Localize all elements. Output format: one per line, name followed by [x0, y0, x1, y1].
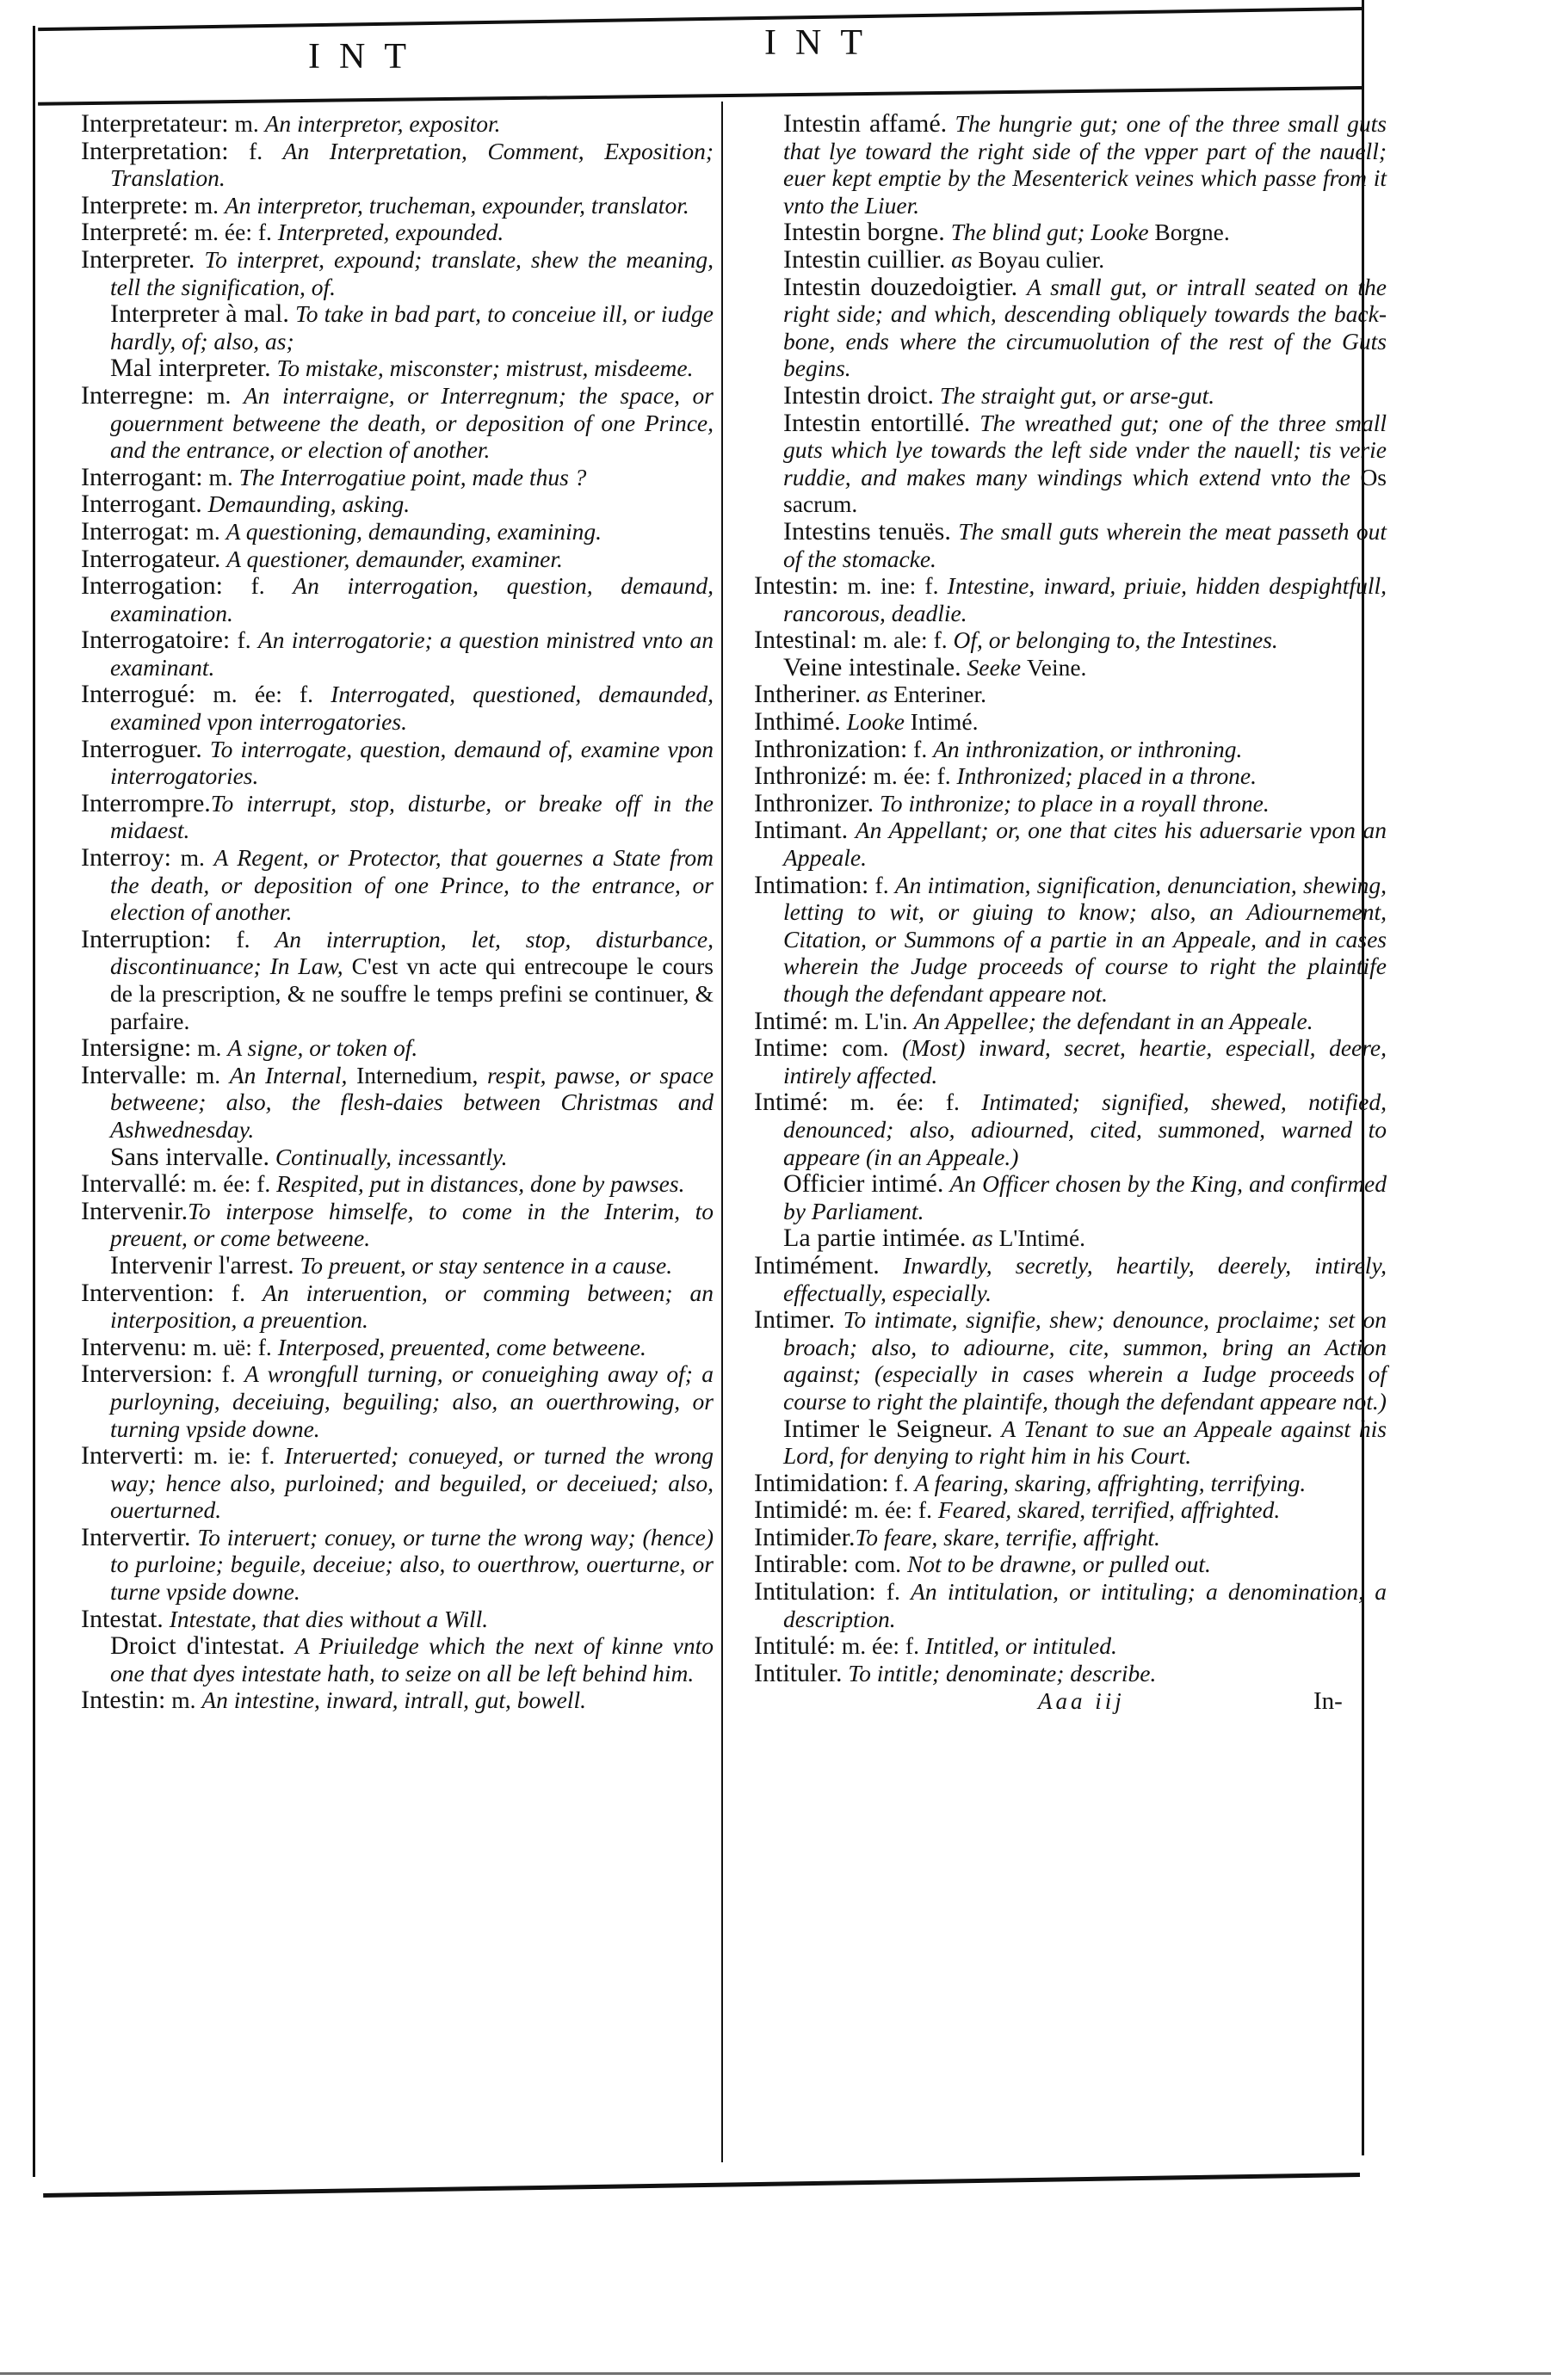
- headword: Intestin droict.: [783, 381, 934, 410]
- definition: To feare, skare, terrifie, affright.: [855, 1524, 1159, 1551]
- grammar-label: f.: [229, 138, 283, 164]
- headword: Interruption:: [81, 925, 212, 953]
- grammar-label: m. ée: f.: [188, 219, 278, 245]
- headword: Intimant.: [754, 816, 848, 844]
- dictionary-entry: Interpreter. To interpret, expound; tran…: [81, 246, 714, 300]
- definition: An interpretor, trucheman, expounder, tr…: [225, 192, 689, 219]
- definition: Interposed, preuented, come betweene.: [278, 1334, 646, 1360]
- headword: Interpreter.: [81, 245, 195, 274]
- headword: Interrogant.: [81, 490, 202, 518]
- definition: A fearing, skaring, affrighting, terrify…: [914, 1470, 1306, 1496]
- headword: Intervention:: [81, 1279, 214, 1307]
- headword: Intestin:: [81, 1686, 165, 1714]
- headword: Intimer le Seigneur.: [783, 1415, 992, 1443]
- definition: An intestine, inward, intrall, gut, bowe…: [201, 1686, 586, 1713]
- headword: Intervenu:: [81, 1333, 187, 1361]
- grammar-label: [970, 410, 979, 436]
- headword: Intestin cuillier.: [783, 245, 945, 274]
- definition: as: [867, 681, 893, 707]
- grammar-label: [1017, 274, 1027, 300]
- definition: Of, or belonging to, the Intestines.: [953, 626, 1277, 653]
- dictionary-entry: Interruption: f. An interruption, let, s…: [81, 926, 714, 1034]
- grammar-label: f.: [223, 572, 293, 599]
- grammar-label: f.: [876, 1578, 911, 1605]
- grammar-label: m.: [165, 1686, 201, 1713]
- dictionary-entry: Interroy: m. A Regent, or Protector, tha…: [81, 844, 714, 926]
- grammar-label: m. ée: f.: [187, 1170, 276, 1197]
- grammar-label: m.: [190, 518, 226, 545]
- headword: Intituler.: [754, 1659, 842, 1687]
- definition: Feared, skared, terrified, affrighted.: [938, 1496, 1280, 1523]
- dictionary-entry: Intitulé: m. ée: f. Intitled, or intitul…: [754, 1632, 1387, 1660]
- headword: Interrogué:: [81, 680, 195, 708]
- definition: The Interrogatiue point, made thus ?: [239, 464, 587, 490]
- headword: Intimider.: [754, 1523, 855, 1551]
- definition: Inthronized; placed in a throne.: [956, 762, 1257, 789]
- headword: Interrogat:: [81, 517, 190, 546]
- grammar-label: m. ie: f.: [184, 1442, 284, 1469]
- page-frame-left: [33, 26, 35, 2177]
- definition: An Appellee; the defendant in an Appeale…: [914, 1008, 1313, 1034]
- definition: To interpose himselfe, to come in the In…: [110, 1198, 714, 1252]
- dictionary-entry: Intestin affamé. The hungrie gut; one of…: [754, 110, 1387, 219]
- dictionary-entry: Inthronizé: m. ée: f. Inthronized; place…: [754, 762, 1387, 790]
- grammar-label: m.: [187, 1062, 230, 1088]
- grammar-label: m. uë: f.: [187, 1334, 277, 1360]
- grammar-label: m.: [188, 192, 225, 219]
- catchword: In-: [1313, 1688, 1343, 1716]
- dictionary-entry: Interpretateur: m. An interpretor, expos…: [81, 110, 714, 138]
- headword: Sans intervalle.: [110, 1143, 269, 1171]
- dictionary-entry: Intestinal: m. ale: f. Of, or belonging …: [754, 626, 1387, 654]
- headword: Inthronizé:: [754, 761, 868, 790]
- dictionary-entry: Intestin: m. An intestine, inward, intra…: [81, 1686, 714, 1714]
- dictionary-entry: Droict d'intestat. A Priuiledge which th…: [81, 1632, 714, 1686]
- headword: Interpretation:: [81, 137, 229, 165]
- definition: as: [972, 1224, 998, 1251]
- definition: Looke: [847, 708, 911, 735]
- headword: Intestin affamé.: [783, 109, 947, 138]
- dictionary-entry: Inthronization: f. An inthronization, or…: [754, 736, 1387, 763]
- headword: Intestinal:: [754, 626, 857, 654]
- headword: Intestin borgne.: [783, 218, 945, 246]
- headword: Inthronization:: [754, 735, 907, 763]
- headword: Intimidation:: [754, 1469, 889, 1497]
- definition: A questioner, demaunder, examiner.: [226, 546, 563, 572]
- grammar-label: [992, 1415, 1001, 1442]
- grammar-label: f.: [230, 626, 258, 653]
- headword: Intervalle:: [81, 1061, 187, 1089]
- headword: Intervertir.: [81, 1523, 190, 1551]
- dictionary-entry: Intestin droict. The straight gut, or ar…: [754, 382, 1387, 410]
- top-rule: [38, 7, 1362, 31]
- dictionary-entry: Mal interpreter. To mistake, misconster;…: [81, 355, 714, 382]
- grammar-label: m. ée: f.: [836, 1632, 925, 1659]
- headword: Intheriner.: [754, 680, 861, 708]
- grammar-label: f.: [868, 872, 894, 898]
- grammar-label: com.: [849, 1551, 907, 1577]
- grammar-label: f.: [889, 1470, 915, 1496]
- definition: To inthronize; to place in a royall thro…: [880, 790, 1270, 817]
- dictionary-entry: Interrogateur. A questioner, demaunder, …: [81, 546, 714, 573]
- dictionary-entry: La partie intimée. as L'Intimé.: [754, 1224, 1387, 1252]
- grammar-label: [195, 246, 204, 273]
- headword: Interrompre.: [81, 789, 211, 817]
- dictionary-entry: Interverti: m. ie: f. Interuerted; conue…: [81, 1442, 714, 1524]
- bottom-rule: [43, 2173, 1360, 2198]
- headword: Inthimé.: [754, 707, 841, 736]
- dictionary-entry: Interpreter à mal. To take in bad part, …: [81, 300, 714, 355]
- headword: Mal interpreter.: [110, 354, 271, 382]
- definition: An Appellant; or, one that cites his adu…: [783, 817, 1387, 871]
- headword: Interregne:: [81, 381, 195, 410]
- dictionary-page: INT INT Interpretateur: m. An interpreto…: [33, 0, 1365, 2186]
- definition: An Internal,: [230, 1062, 356, 1088]
- headword: Intitulation:: [754, 1577, 876, 1606]
- definition: The straight gut, or arse-gut.: [940, 382, 1214, 409]
- dictionary-entry: Interrogation: f. An interrogation, ques…: [81, 572, 714, 626]
- dictionary-entry: Intituler. To intitle; denominate; descr…: [754, 1660, 1387, 1687]
- headword: Intervenir.: [81, 1197, 188, 1225]
- running-head-left: INT: [308, 36, 425, 77]
- headword: Interpreté:: [81, 218, 188, 246]
- grammar-label: [947, 110, 955, 137]
- dictionary-entry: Intervenir.To interpose himselfe, to com…: [81, 1198, 714, 1252]
- headword: Interversion:: [81, 1360, 213, 1388]
- headword: Intimer.: [754, 1305, 835, 1334]
- definition: An inthronization, or inthroning.: [933, 736, 1242, 762]
- dictionary-entry: Intestin douzedoigtier. A small gut, or …: [754, 274, 1387, 382]
- dictionary-entry: Interrompre.To interrupt, stop, disturbe…: [81, 790, 714, 844]
- grammar-label: [835, 1306, 843, 1333]
- dictionary-entry: Intime: com. (Most) inward, secret, hear…: [754, 1034, 1387, 1088]
- dictionary-entry: Interrogat: m. A questioning, demaunding…: [81, 518, 714, 546]
- headword: Interrogateur.: [81, 545, 220, 573]
- headword: Intimidé:: [754, 1495, 849, 1524]
- grammar-label: m. ée: f.: [849, 1496, 938, 1523]
- dictionary-entry: Interversion: f. A wrongfull turning, or…: [81, 1360, 714, 1442]
- cross-reference: Veine.: [1027, 654, 1087, 681]
- headword: Interpretateur:: [81, 109, 229, 138]
- definition: To intitle; denominate; describe.: [848, 1660, 1156, 1686]
- grammar-label: [294, 1252, 300, 1279]
- headword: Interverti:: [81, 1441, 184, 1470]
- grammar-label: m.: [203, 464, 239, 490]
- grammar-label: [202, 736, 210, 762]
- grammar-label: m.: [229, 110, 265, 137]
- headword: Intirable:: [754, 1550, 849, 1578]
- grammar-label: f.: [213, 1360, 244, 1387]
- dictionary-entry: Intestin cuillier. as Boyau culier.: [754, 246, 1387, 274]
- dictionary-entry: Interroguer. To interrogate, question, d…: [81, 736, 714, 790]
- headword: Interprete:: [81, 191, 188, 219]
- signature-mark: Aaa iij: [1038, 1688, 1125, 1716]
- running-head-right: INT: [764, 22, 881, 64]
- grammar-label: m. ée: f.: [195, 681, 331, 707]
- dictionary-entry: Intervention: f. An interuention, or com…: [81, 1279, 714, 1334]
- headword: Interrogatoire:: [81, 626, 230, 654]
- grammar-label: [934, 382, 940, 409]
- dictionary-entry: Intimer. To intimate, signifie, shew; de…: [754, 1306, 1387, 1415]
- dictionary-entry: Interrogué: m. ée: f. Interrogated, ques…: [81, 681, 714, 735]
- definition: Continually, incessantly.: [275, 1144, 508, 1170]
- dictionary-entry: Inthronizer. To inthronize; to place in …: [754, 790, 1387, 817]
- definition: Demaunding, asking.: [208, 490, 411, 517]
- grammar-label: [289, 300, 295, 327]
- page-footer: Aaa iijIn-: [754, 1688, 1387, 1719]
- dictionary-entry: Intestin borgne. The blind gut; Looke Bo…: [754, 219, 1387, 246]
- headword: Intime:: [754, 1033, 829, 1062]
- headword: Veine intestinale.: [783, 653, 961, 681]
- dictionary-entry: Interregne: m. An interraigne, or Interr…: [81, 382, 714, 464]
- grammar-label: m.: [191, 1034, 227, 1061]
- dictionary-entry: Intimant. An Appellant; or, one that cit…: [754, 817, 1387, 871]
- grammar-label: m. ale: f.: [857, 626, 954, 653]
- dictionary-entry: Interrogatoire: f. An interrogatorie; a …: [81, 626, 714, 681]
- dictionary-entry: Intimé: m. L'in. An Appellee; the defend…: [754, 1008, 1387, 1035]
- cross-reference: L'Intimé.: [999, 1224, 1085, 1251]
- definition: A questioning, demaunding, examining.: [226, 518, 602, 545]
- headword: Intestin:: [754, 571, 838, 600]
- dictionary-entry: Intervallé: m. ée: f. Respited, put in d…: [81, 1170, 714, 1198]
- grammar-label: m.: [195, 382, 244, 409]
- dictionary-entry: Intervenu: m. uë: f. Interposed, preuent…: [81, 1334, 714, 1361]
- grammar-label: m.: [171, 844, 214, 871]
- dictionary-entry: Intervenir l'arrest. To preuent, or stay…: [81, 1252, 714, 1279]
- grammar-label: m. ée: f.: [829, 1088, 982, 1115]
- dictionary-entry: Intervalle: m. An Internal, Internedium,…: [81, 1062, 714, 1144]
- left-column: Interpretateur: m. An interpretor, expos…: [81, 110, 714, 1714]
- headword: Inthronizer.: [754, 789, 874, 817]
- dictionary-entry: Inthimé. Looke Intimé.: [754, 708, 1387, 736]
- headword: Intimément.: [754, 1251, 880, 1279]
- grammar-label: [951, 518, 958, 545]
- dictionary-entry: Intheriner. as Enteriner.: [754, 681, 1387, 708]
- grammar-label: [285, 1632, 295, 1659]
- dictionary-entry: Intimation: f. An intimation, significat…: [754, 872, 1387, 1008]
- definition: as: [951, 246, 978, 273]
- headword: Droict d'intestat.: [110, 1631, 285, 1660]
- headword: Officier intimé.: [783, 1169, 943, 1198]
- cross-reference: Internedium,: [356, 1062, 487, 1088]
- dictionary-entry: Intimidation: f. A fearing, skaring, aff…: [754, 1470, 1387, 1497]
- right-column: Intestin affamé. The hungrie gut; one of…: [754, 110, 1387, 1719]
- dictionary-entry: Intimé: m. ée: f. Intimated; signified, …: [754, 1088, 1387, 1170]
- grammar-label: f.: [214, 1279, 263, 1306]
- dictionary-entry: Interprete: m. An interpretor, trucheman…: [81, 192, 714, 219]
- definition: Seeke: [967, 654, 1026, 681]
- definition: A signe, or token of.: [227, 1034, 417, 1061]
- dictionary-entry: Intestin: m. ine: f. Intestine, inward, …: [754, 572, 1387, 626]
- headword: Interrogant:: [81, 463, 203, 491]
- headword: Interrogation:: [81, 571, 223, 600]
- definition: Interpreted, expounded.: [278, 219, 504, 245]
- dictionary-entry: Intestin entortillé. The wreathed gut; o…: [754, 410, 1387, 518]
- definition: Intestate, that dies without a Will.: [170, 1606, 488, 1632]
- dictionary-entry: Intimer le Seigneur. A Tenant to sue an …: [754, 1415, 1387, 1470]
- dictionary-entry: Intersigne: m. A signe, or token of.: [81, 1034, 714, 1062]
- headword: Intimation:: [754, 871, 868, 899]
- grammar-label: [269, 1144, 275, 1170]
- headword: Intimé:: [754, 1007, 829, 1035]
- dictionary-entry: Intirable: com. Not to be drawne, or pul…: [754, 1551, 1387, 1578]
- header-rule: [38, 86, 1362, 106]
- grammar-label: [945, 219, 951, 245]
- cross-reference: Enteriner.: [893, 681, 986, 707]
- dictionary-entry: Intimider.To feare, skare, terrifie, aff…: [754, 1524, 1387, 1551]
- headword: Interpreter à mal.: [110, 299, 289, 328]
- cross-reference: Intimé.: [911, 708, 979, 735]
- grammar-label: [848, 817, 856, 843]
- dictionary-entry: Intimément. Inwardly, secretly, heartily…: [754, 1252, 1387, 1306]
- dictionary-entry: Intitulation: f. An intitulation, or int…: [754, 1578, 1387, 1632]
- headword: Intestat.: [81, 1605, 164, 1633]
- dictionary-entry: Interrogant: m. The Interrogatiue point,…: [81, 464, 714, 491]
- grammar-label: f.: [212, 926, 275, 953]
- grammar-label: [861, 681, 867, 707]
- definition: Intitled, or intituled.: [925, 1632, 1117, 1659]
- definition: Not to be drawne, or pulled out.: [907, 1551, 1211, 1577]
- dictionary-entry: Officier intimé. An Officer chosen by th…: [754, 1170, 1387, 1224]
- dictionary-entry: Intestins tenuës. The small guts wherein…: [754, 518, 1387, 572]
- headword: Intimé:: [754, 1088, 829, 1116]
- headword: Intestin entortillé.: [783, 409, 970, 437]
- column-divider: [721, 102, 723, 2162]
- definition: To preuent, or stay sentence in a cause.: [300, 1252, 673, 1279]
- grammar-label: f.: [907, 736, 933, 762]
- headword: Interroguer.: [81, 735, 202, 763]
- headword: Intestin douzedoigtier.: [783, 273, 1017, 301]
- grammar-label: [202, 490, 208, 517]
- dictionary-entry: Sans intervalle. Continually, incessantl…: [81, 1144, 714, 1171]
- dictionary-entry: Veine intestinale. Seeke Veine.: [754, 654, 1387, 681]
- scan-edge-line: [0, 2372, 1551, 2375]
- headword: Interroy:: [81, 843, 171, 872]
- dictionary-entry: Interpretation: f. An Interpretation, Co…: [81, 138, 714, 192]
- headword: Intervallé:: [81, 1169, 187, 1198]
- definition: An interpretor, expositor.: [265, 110, 501, 137]
- dictionary-entry: Intervertir. To interuert; conuey, or tu…: [81, 1524, 714, 1606]
- headword: La partie intimée.: [783, 1224, 966, 1252]
- grammar-label: m. L'in.: [829, 1008, 914, 1034]
- cross-reference: Boyau culier.: [979, 246, 1105, 273]
- definition: To interuert; conuey, or turne the wrong…: [110, 1524, 714, 1605]
- grammar-label: [841, 708, 847, 735]
- definition: Respited, put in distances, done by paws…: [276, 1170, 684, 1197]
- dictionary-entry: Interrogant. Demaunding, asking.: [81, 490, 714, 518]
- headword: Intersigne:: [81, 1033, 191, 1062]
- definition: The blind gut; Looke: [951, 219, 1155, 245]
- headword: Intestins tenuës.: [783, 517, 951, 546]
- grammar-label: [880, 1252, 903, 1279]
- dictionary-entry: Intimidé: m. ée: f. Feared, skared, terr…: [754, 1496, 1387, 1524]
- cross-reference: Borgne.: [1154, 219, 1229, 245]
- dictionary-entry: Intestat. Intestate, that dies without a…: [81, 1606, 714, 1633]
- grammar-label: m. ine: f.: [838, 572, 947, 599]
- grammar-label: m. ée: f.: [868, 762, 957, 789]
- definition: To intimate, signifie, shew; denounce, p…: [783, 1306, 1387, 1415]
- headword: Intitulé:: [754, 1631, 836, 1660]
- grammar-label: [874, 790, 880, 817]
- grammar-label: [164, 1606, 170, 1632]
- definition: To mistake, misconster; mistrust, misdee…: [276, 355, 693, 381]
- dictionary-entry: Interpreté: m. ée: f. Interpreted, expou…: [81, 219, 714, 246]
- headword: Intervenir l'arrest.: [110, 1251, 294, 1279]
- grammar-label: com.: [829, 1034, 902, 1061]
